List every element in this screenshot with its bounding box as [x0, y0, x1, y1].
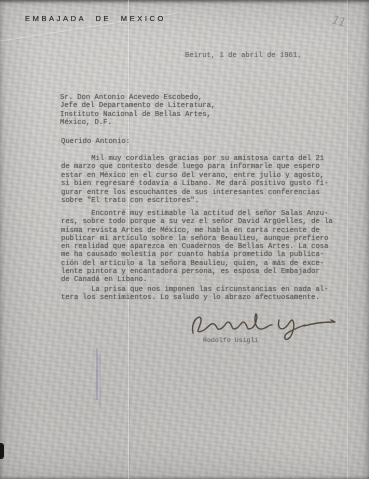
- scanned-letter-page: EMBAJADA DE MEXICO 11 Beirut, 1 de abril…: [0, 0, 369, 479]
- typed-signature-name: Rodolfo Usigli: [203, 337, 258, 345]
- recipient-address-block: Sr. Don Antonio Acevedo Escobedo, Jefe d…: [60, 94, 215, 128]
- body-paragraph: Mil muy cordiales gracias por su amistos…: [61, 155, 328, 205]
- paper-fold-line: [347, 0, 348, 479]
- scan-edge-notch: [0, 443, 4, 459]
- pencil-page-number: 11: [331, 13, 347, 30]
- dateline: Beirut, 1 de abril de 1961.: [185, 52, 301, 60]
- body-paragraph: La prisa que nos imponen las circunstanc…: [61, 286, 328, 303]
- letterhead: EMBAJADA DE MEXICO: [25, 14, 166, 23]
- archival-ink-mark: [96, 348, 98, 400]
- scan-edge-shadow-top: [0, 0, 369, 3]
- body-paragraph: Encontré muy estimable la actitud del se…: [61, 210, 333, 285]
- salutation: Querido Antonio:: [61, 138, 130, 146]
